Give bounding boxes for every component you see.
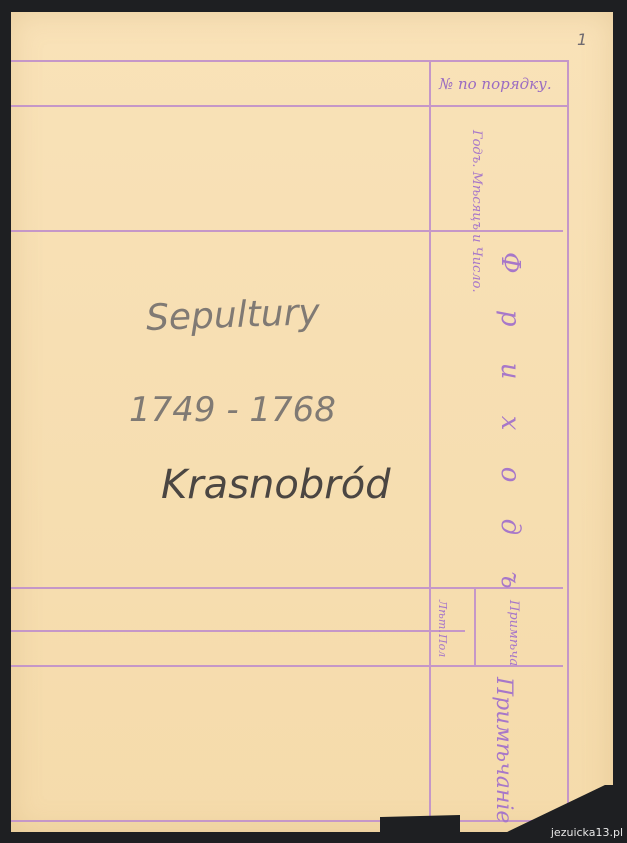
ruling-bottom (11, 820, 563, 822)
header-name-column: Ф р и х о д ъ (495, 252, 525, 603)
ruling-lower-2 (11, 630, 465, 632)
header-remarks: Примѣчаніе (491, 677, 516, 823)
ruling-lower-3 (11, 665, 563, 667)
page-number: 1 (577, 30, 587, 49)
ruling-header-bottom (11, 105, 569, 107)
watermark: jezuicka13.pl (551, 826, 623, 839)
ruling-top (11, 60, 569, 62)
document-page: № по порядку. Годъ. Мѣсяцъ и Число. Ф р … (11, 12, 613, 832)
header-lower-left-2: Пол (436, 634, 449, 657)
ruling-lower-1 (11, 587, 563, 589)
handwritten-title: Sepultury (145, 292, 320, 339)
header-date-column: Годъ. Мѣсяцъ и Число. (466, 130, 486, 220)
header-number-column: № по порядку. (439, 75, 552, 93)
ruling-col-right (567, 60, 569, 830)
header-lower-right: Примѣча (506, 600, 521, 666)
header-lower-left: Лѣт. (436, 600, 449, 633)
handwritten-place: Krasnobród (161, 462, 391, 508)
ruling-col-main (429, 60, 431, 830)
handwritten-years: 1749 - 1768 (129, 390, 336, 430)
ruling-col-sub (474, 587, 476, 665)
